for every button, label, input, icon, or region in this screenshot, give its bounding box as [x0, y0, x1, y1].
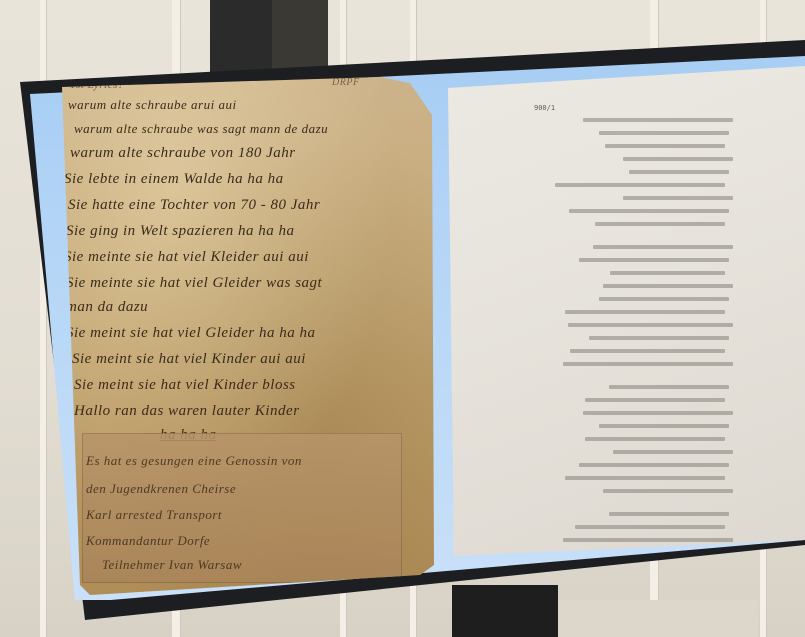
note-line: Kommandantur Dorfe: [86, 533, 210, 549]
note-line: Karl arrested Transport: [86, 507, 222, 523]
lyric-line: Sie meint sie hat viel Gleider ha ha ha: [66, 325, 315, 342]
doc-header-right: DRPF: [332, 77, 360, 88]
typed-line: [610, 271, 725, 275]
lyric-line: Hallo ran das waren lauter Kinder: [74, 403, 300, 420]
typed-line: [623, 196, 733, 200]
note-line: Teilnehmer Ivan Warsaw: [102, 557, 242, 573]
typed-line: [603, 284, 733, 288]
pasted-note: Es hat es gesungen eine Genossin von den…: [82, 433, 402, 583]
typed-line: [603, 489, 733, 493]
typed-line: [579, 463, 729, 467]
lyric-line: Sie meint sie hat viel Kinder aui aui: [72, 351, 306, 368]
typed-line: [579, 258, 729, 262]
typed-line: [599, 131, 729, 135]
typed-line: [613, 450, 733, 454]
lyric-line: Sie meinte sie hat viel Gleider was sagt: [66, 275, 322, 292]
typed-line: [565, 310, 725, 314]
handwritten-document: 1st Lyrics? DRPF warum alte schraube aru…: [60, 75, 434, 595]
typed-line: [595, 222, 725, 226]
typed-line: [583, 411, 733, 415]
typed-line: [570, 349, 725, 353]
page-number: 900/1: [534, 104, 555, 112]
lyric-line: Sie meint sie hat viel Kinder bloss: [74, 377, 296, 394]
lyric-line: warum alte schraube was sagt mann de daz…: [74, 121, 328, 137]
typed-line: [623, 157, 733, 161]
monitor-stand: [452, 585, 558, 637]
typed-line: [563, 362, 733, 366]
lyric-line: Sie ging in Welt spazieren ha ha ha: [66, 223, 294, 240]
typed-line: [585, 398, 725, 402]
wall-panel-bottom: [558, 600, 758, 637]
typed-line: [568, 323, 733, 327]
lyric-line: warum alte schraube arui aui: [68, 97, 237, 113]
typed-line: [583, 118, 733, 122]
lyric-line: Sie lebte in einem Walde ha ha ha: [64, 171, 284, 188]
lyric-line: Sie hatte eine Tochter von 70 - 80 Jahr: [68, 197, 320, 214]
typed-line: [599, 424, 729, 428]
typed-line: [585, 437, 725, 441]
typed-line: [609, 385, 729, 389]
note-line: Es hat es gesungen eine Genossin von: [86, 453, 302, 469]
typed-line: [599, 297, 729, 301]
typed-line: [605, 144, 725, 148]
note-line: den Jugendkrenen Cheirse: [86, 481, 236, 497]
typed-line: [629, 170, 729, 174]
typed-line: [555, 183, 725, 187]
typewritten-document: 900/1: [448, 66, 805, 556]
lyric-line: Sie meinte sie hat viel Kleider aui aui: [64, 249, 309, 266]
typed-line: [609, 512, 729, 516]
typed-line: [575, 525, 725, 529]
typed-line: [589, 336, 729, 340]
typed-line: [565, 476, 725, 480]
typed-line: [563, 538, 733, 542]
lyric-line: warum alte schraube von 180 Jahr: [70, 145, 296, 162]
typed-line: [593, 245, 733, 249]
lyric-line: man da dazu: [66, 299, 148, 316]
typed-line: [569, 209, 729, 213]
